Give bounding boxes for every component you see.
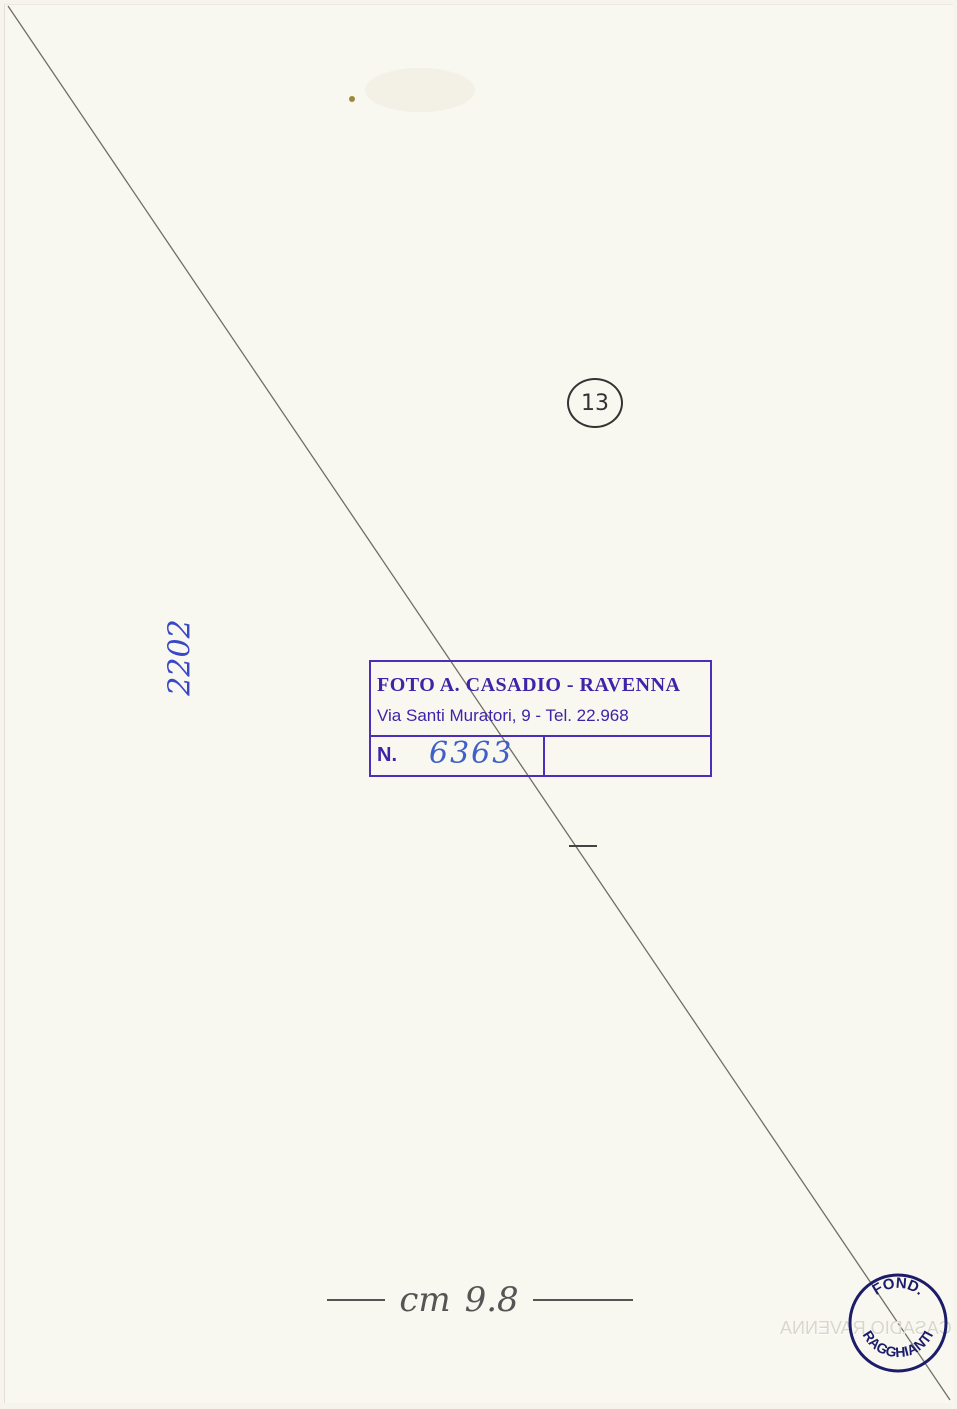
stamp-number-value: 6363 [429, 736, 513, 771]
stamp-number-label: N. [377, 744, 397, 767]
measure-dash-left [327, 1299, 385, 1301]
measure-value: 9.8 [465, 1280, 519, 1320]
stamp-bottom-text: RAGGHIANTI [860, 1328, 936, 1361]
measure-unit: cm [399, 1280, 450, 1320]
photographer-stamp: FOTO A. CASADIO - RAVENNA Via Santi Mura… [369, 660, 712, 777]
stamp-divider [371, 735, 710, 737]
fondazione-ragghianti-stamp: FOND. RAGGHIANTI [845, 1270, 951, 1376]
stamp-address: Via Santi Muratori, 9 - Tel. 22.968 [377, 706, 709, 726]
measurement-annotation: cm 9.8 [290, 1280, 670, 1320]
handwritten-inventory-code: 2202 [163, 618, 198, 698]
stamp-studio-name: FOTO A. CASADIO - RAVENNA [377, 674, 707, 697]
circled-number: 13 [567, 378, 623, 428]
stamp-cell-divider [543, 737, 545, 775]
measure-dash-right [533, 1299, 633, 1301]
svg-text:RAGGHIANTI: RAGGHIANTI [860, 1328, 936, 1361]
